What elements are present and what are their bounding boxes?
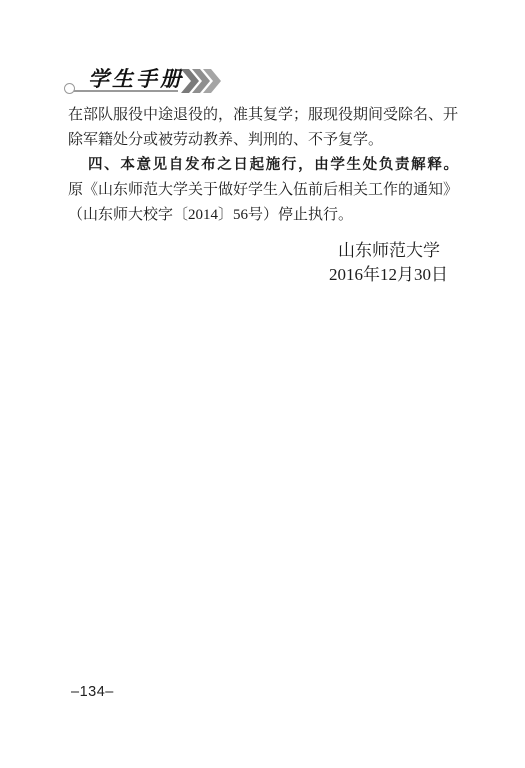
paragraph-1-line-1: 在部队服役中途退役的，准其复学；服现役期间受除名、开	[68, 103, 458, 128]
signature-block: 山东师范大学 2016年12月30日	[329, 239, 448, 287]
triple-chevron-right-icon	[181, 69, 221, 98]
handbook-page: 学生手册 在部队服役中途退役的，准其复学；服现役期间受除名、开 除军籍处分或被劳…	[0, 0, 525, 768]
paragraph-1-line-2: 除军籍处分或被劳动教养、判刑的、不予复学。	[68, 128, 458, 153]
page-header-title: 学生手册	[88, 63, 184, 93]
paragraph-2-lead-line: 四、本意见自发布之日起施行，由学生处负责解释。	[68, 153, 458, 178]
paragraph-2-line-3: （山东师大校字〔2014〕56号）停止执行。	[68, 203, 458, 228]
page-number: –134–	[71, 684, 114, 700]
body-text: 在部队服役中途退役的，准其复学；服现役期间受除名、开 除军籍处分或被劳动教养、判…	[68, 103, 458, 228]
signature-organization: 山东师范大学	[329, 239, 448, 263]
paragraph-2-line-2: 原《山东师范大学关于做好学生入伍前后相关工作的通知》	[68, 178, 458, 203]
signature-date: 2016年12月30日	[329, 263, 448, 287]
header-circle-icon	[64, 83, 75, 94]
